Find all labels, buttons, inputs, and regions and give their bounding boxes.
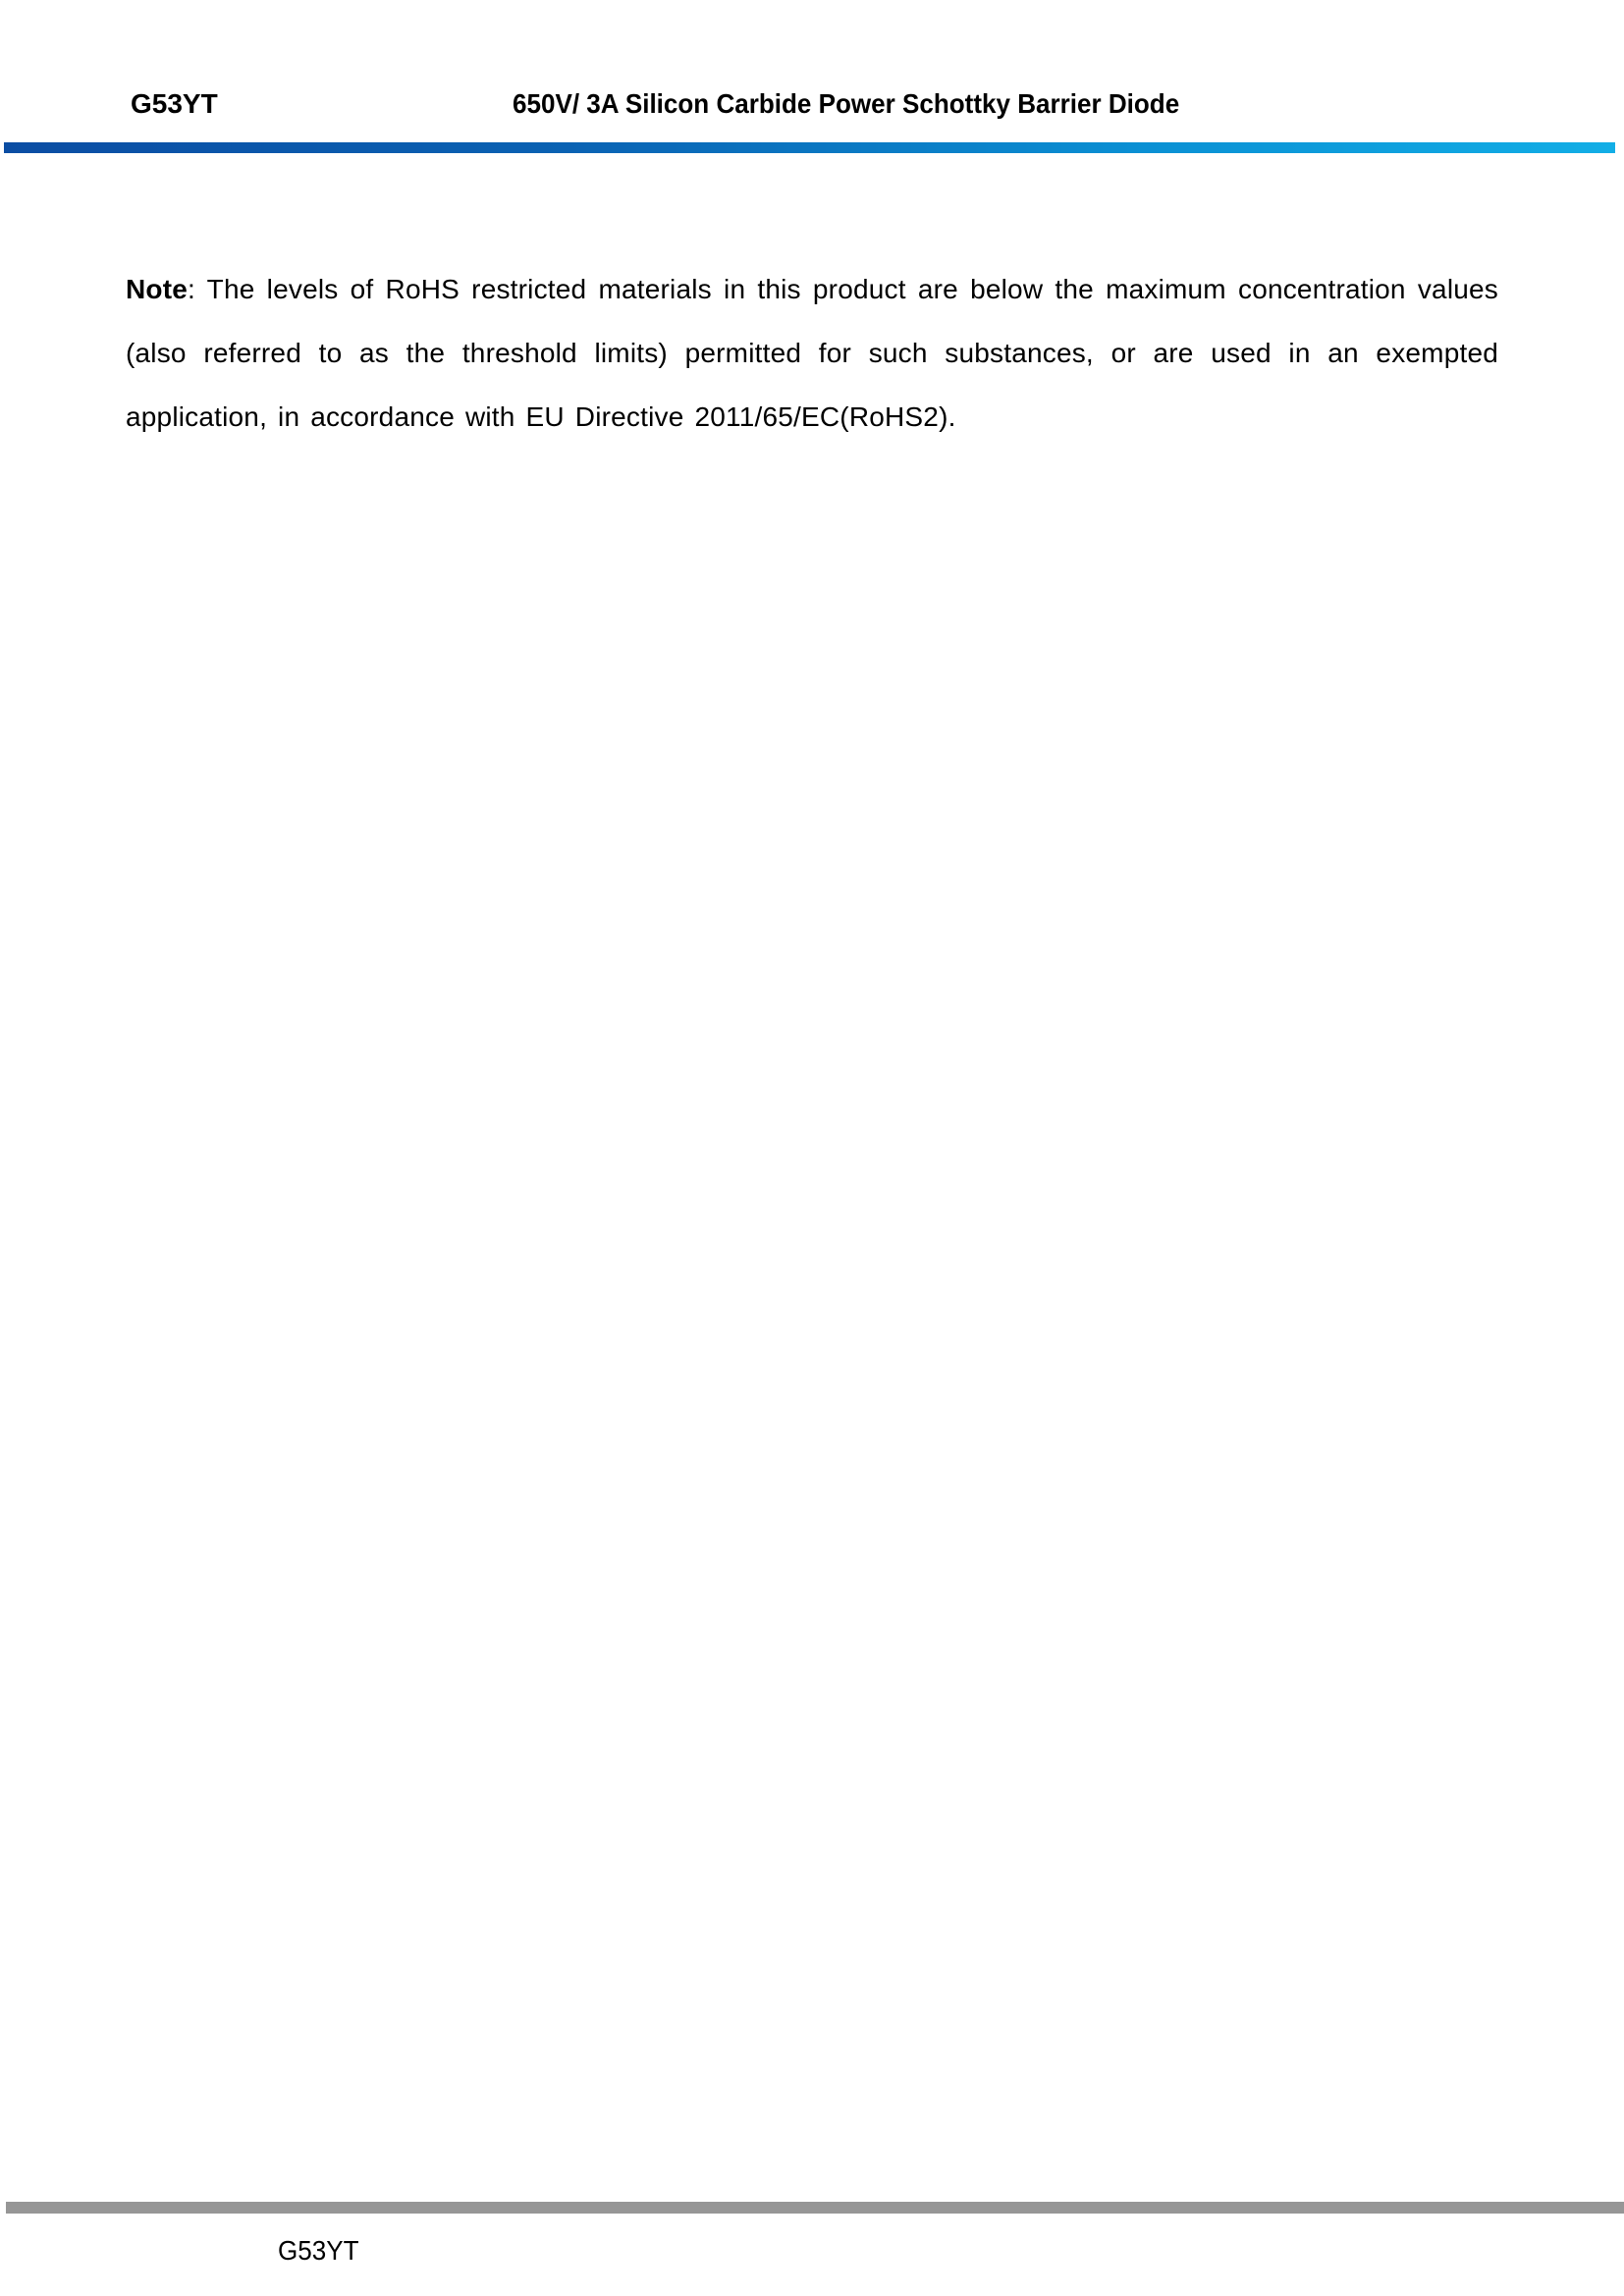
header-part-number: G53YT [131, 88, 218, 120]
note-text: : The levels of RoHS restricted material… [126, 274, 1498, 432]
footer-part-number: G53YT [278, 2235, 358, 2267]
rohs-note-paragraph: Note: The levels of RoHS restricted mate… [126, 257, 1498, 449]
note-label: Note [126, 274, 188, 304]
header-divider [4, 142, 1615, 153]
footer-divider [6, 2202, 1624, 2214]
header-document-title: 650V/ 3A Silicon Carbide Power Schottky … [513, 88, 1179, 120]
